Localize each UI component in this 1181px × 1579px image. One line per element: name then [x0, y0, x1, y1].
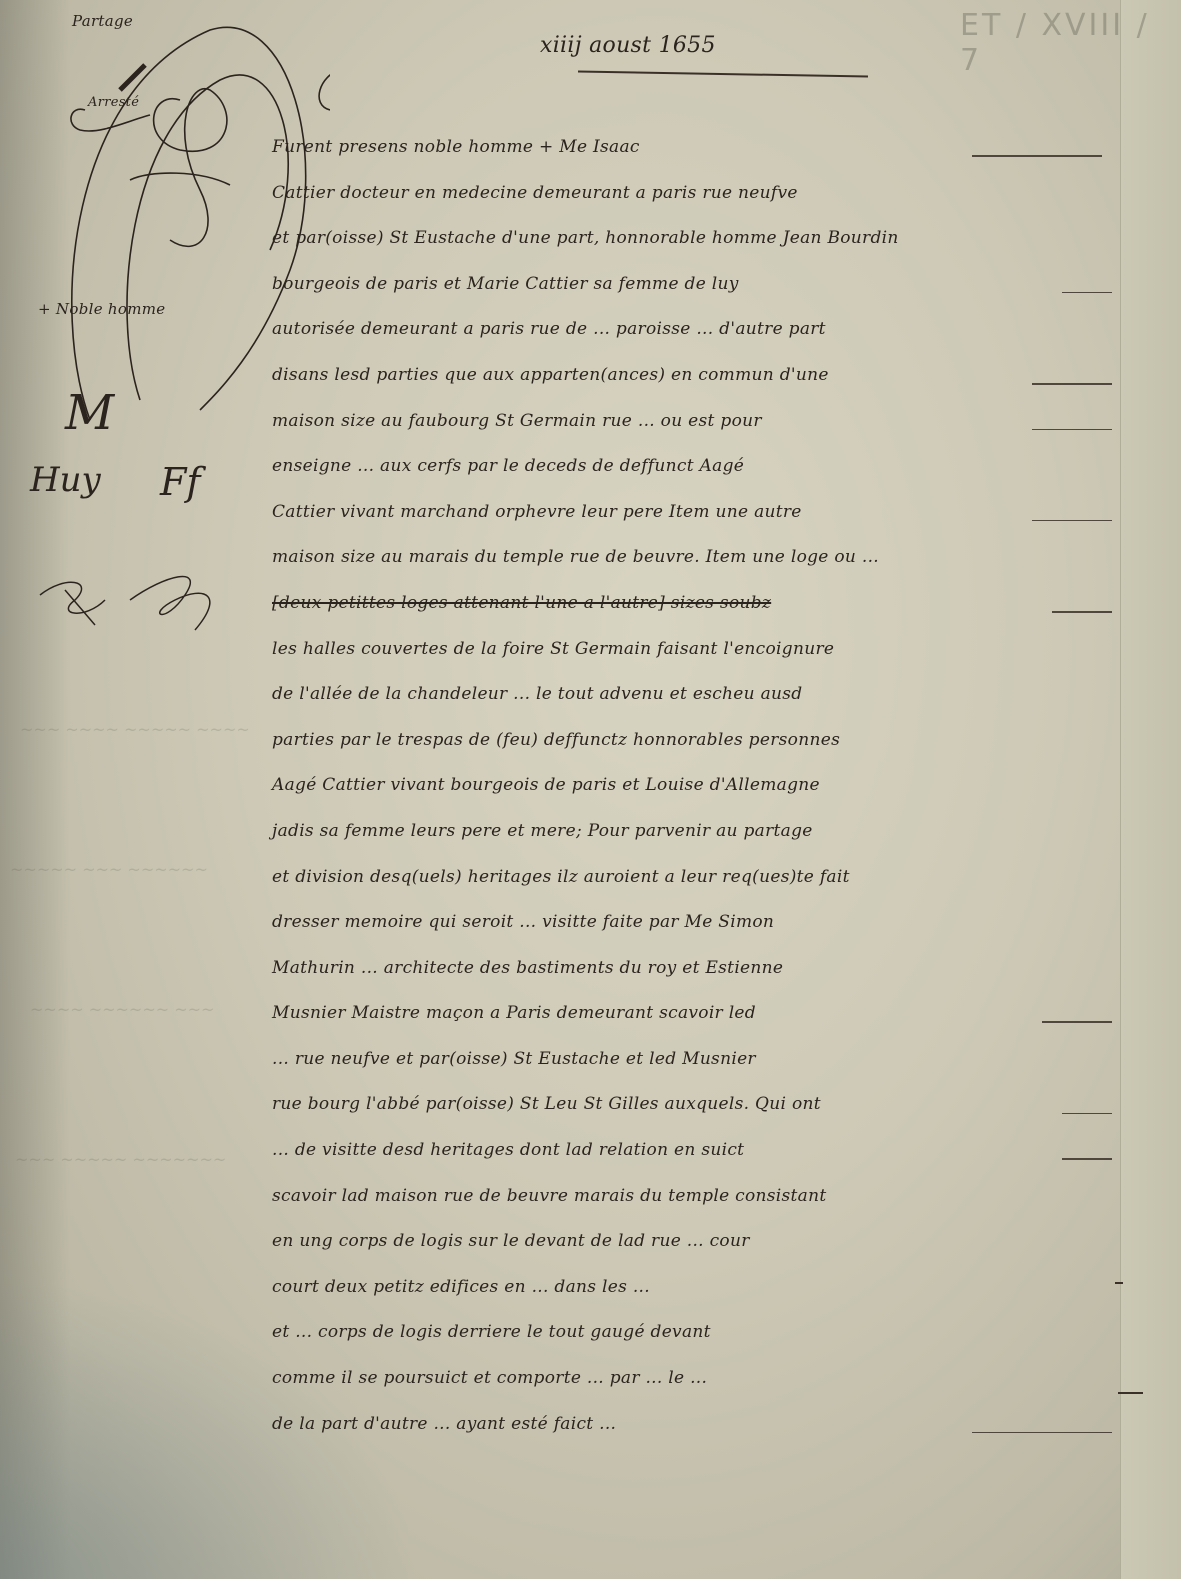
text-line: court deux petitz edifices en ... dans l…	[272, 1265, 1122, 1311]
signature-scribble-icon	[35, 555, 235, 645]
text-line: dresser memoire qui seroit ... visitte f…	[272, 900, 1122, 946]
deed-body: Furent presens noble homme + Me Isaac Ca…	[272, 125, 1122, 1447]
margin-annotation-arreste: Arresté	[88, 95, 139, 110]
text-line: Cattier vivant marchand orphevre leur pe…	[272, 490, 1122, 536]
text-line: Furent presens noble homme + Me Isaac	[272, 125, 1122, 171]
text-line: les halles couvertes de la foire St Germ…	[272, 627, 1122, 673]
bleed-through-text: ~~~ ~~~~~ ~~~~~~~	[15, 1150, 226, 1169]
signature-ff: Ff	[160, 460, 200, 504]
text-line: Aagé Cattier vivant bourgeois de paris e…	[272, 763, 1122, 809]
signature-m: M	[65, 385, 114, 441]
text-line: et ... corps de logis derriere le tout g…	[272, 1310, 1122, 1356]
text-line: et division desq(uels) heritages ilz aur…	[272, 855, 1122, 901]
text-line: disans lesd parties que aux apparten(anc…	[272, 353, 1122, 399]
text-line: jadis sa femme leurs pere et mere; Pour …	[272, 809, 1122, 855]
margin-tick	[1115, 1282, 1123, 1284]
text-line: scavoir lad maison rue de beuvre marais …	[272, 1174, 1122, 1220]
text-line: de l'allée de la chandeleur ... le tout …	[272, 672, 1122, 718]
text-line: Cattier docteur en medecine demeurant a …	[272, 171, 1122, 217]
text-line: maison size au marais du temple rue de b…	[272, 535, 1122, 581]
text-line: rue bourg l'abbé par(oisse) St Leu St Gi…	[272, 1082, 1122, 1128]
text-line: comme il se poursuict et comporte ... pa…	[272, 1356, 1122, 1402]
text-line: et par(oisse) St Eustache d'une part, ho…	[272, 216, 1122, 262]
text-line: parties par le trespas de (feu) deffunct…	[272, 718, 1122, 764]
archive-reference: ET / XVIII / 7	[960, 8, 1181, 78]
date-underline	[578, 70, 868, 77]
text-line: Musnier Maistre maçon a Paris demeurant …	[272, 991, 1122, 1037]
text-line: bourgeois de paris et Marie Cattier sa f…	[272, 262, 1122, 308]
margin-tick	[1118, 1392, 1143, 1394]
bleed-through-text: ~~~~~ ~~~ ~~~~~~	[10, 860, 208, 879]
date-heading: xiiij aoust 1655	[540, 33, 716, 58]
bleed-through-text: ~~~ ~~~~ ~~~~~ ~~~~	[20, 720, 250, 739]
text-line: maison size au faubourg St Germain rue .…	[272, 399, 1122, 445]
manuscript-page: ~~~ ~~~~ ~~~~~ ~~~~ ~~~~~ ~~~ ~~~~~~ ~~~…	[0, 0, 1181, 1579]
bleed-through-text: ~~~~ ~~~~~~ ~~~	[30, 1000, 214, 1019]
text-line: ... de visitte desd heritages dont lad r…	[272, 1128, 1122, 1174]
signature-huy: Huy	[30, 460, 101, 500]
text-line: Mathurin ... architecte des bastiments d…	[272, 946, 1122, 992]
text-line: enseigne ... aux cerfs par le deceds de …	[272, 444, 1122, 490]
text-line-struck: [deux petittes loges attenant l'une a l'…	[272, 581, 1122, 627]
right-margin-fold	[1120, 0, 1181, 1579]
text-line: autorisée demeurant a paris rue de ... p…	[272, 307, 1122, 353]
text-line: de la part d'autre ... ayant esté faict …	[272, 1402, 1122, 1448]
text-line: en ung corps de logis sur le devant de l…	[272, 1219, 1122, 1265]
margin-annotation-noble-homme: + Noble homme	[38, 300, 165, 318]
text-line: ... rue neufve et par(oisse) St Eustache…	[272, 1037, 1122, 1083]
